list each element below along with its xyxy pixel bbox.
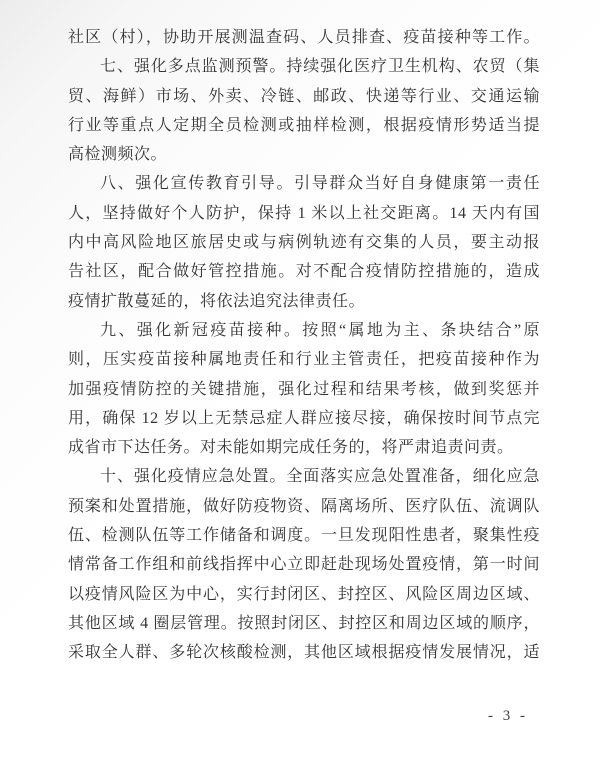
text-line: 加强疫情防控的关键措施，强化过程和结果考核，做到奖惩并 <box>68 375 540 404</box>
text-line: 社区（村），协助开展测温查码、人员排查、疫苗接种等工作。 <box>68 23 540 52</box>
text-line: 情常备工作组和前线指挥中心立即赶赴现场处置疫情，第一时间 <box>68 550 540 579</box>
document-body: 社区（村），协助开展测温查码、人员排查、疫苗接种等工作。七、强化多点监测预警。持… <box>68 23 540 668</box>
document-page: 社区（村），协助开展测温查码、人员排查、疫苗接种等工作。七、强化多点监测预警。持… <box>0 0 600 767</box>
text-line: 贸、海鲜）市场、外卖、冷链、邮政、快递等行业、交通运输 <box>68 82 540 111</box>
text-line: 疫情扩散蔓延的，将依法追究法律责任。 <box>68 287 540 316</box>
text-line: 其他区域 4 圈层管理。按照封闭区、封控区和周边区域的顺序， <box>68 609 540 638</box>
text-line: 用，确保 12 岁以上无禁忌症人群应接尽接，确保按时间节点完 <box>68 404 540 433</box>
text-line: 成省市下达任务。对未能如期完成任务的，将严肃追责问责。 <box>68 433 540 462</box>
text-line: 行业等重点人定期全员检测或抽样检测，根据疫情形势适当提 <box>68 111 540 140</box>
text-line: 内中高风险地区旅居史或与病例轨迹有交集的人员，要主动报 <box>68 228 540 257</box>
text-line: 以疫情风险区为中心，实行封闭区、封控区、风险区周边区域、 <box>68 580 540 609</box>
page-number: - 3 - <box>488 706 528 726</box>
text-line: 十、强化疫情应急处置。全面落实应急处置准备，细化应急 <box>68 462 540 491</box>
text-line: 伍、检测队伍等工作储备和调度。一旦发现阳性患者，聚集性疫 <box>68 521 540 550</box>
text-line: 高检测频次。 <box>68 140 540 169</box>
text-line: 预案和处置措施，做好防疫物资、隔离场所、医疗队伍、流调队 <box>68 492 540 521</box>
text-line: 八、强化宣传教育引导。引导群众当好自身健康第一责任 <box>68 169 540 198</box>
text-line: 人，坚持做好个人防护，保持 1 米以上社交距离。14 天内有国 <box>68 199 540 228</box>
text-line: 采取全人群、多轮次核酸检测，其他区域根据疫情发展情况，适 <box>68 638 540 667</box>
text-line: 告社区，配合做好管控措施。对不配合疫情防控措施的，造成 <box>68 257 540 286</box>
text-line: 七、强化多点监测预警。持续强化医疗卫生机构、农贸（集 <box>68 52 540 81</box>
text-line: 则，压实疫苗接种属地责任和行业主管责任，把疫苗接种作为 <box>68 345 540 374</box>
text-line: 九、强化新冠疫苗接种。按照“属地为主、条块结合”原 <box>68 316 540 345</box>
